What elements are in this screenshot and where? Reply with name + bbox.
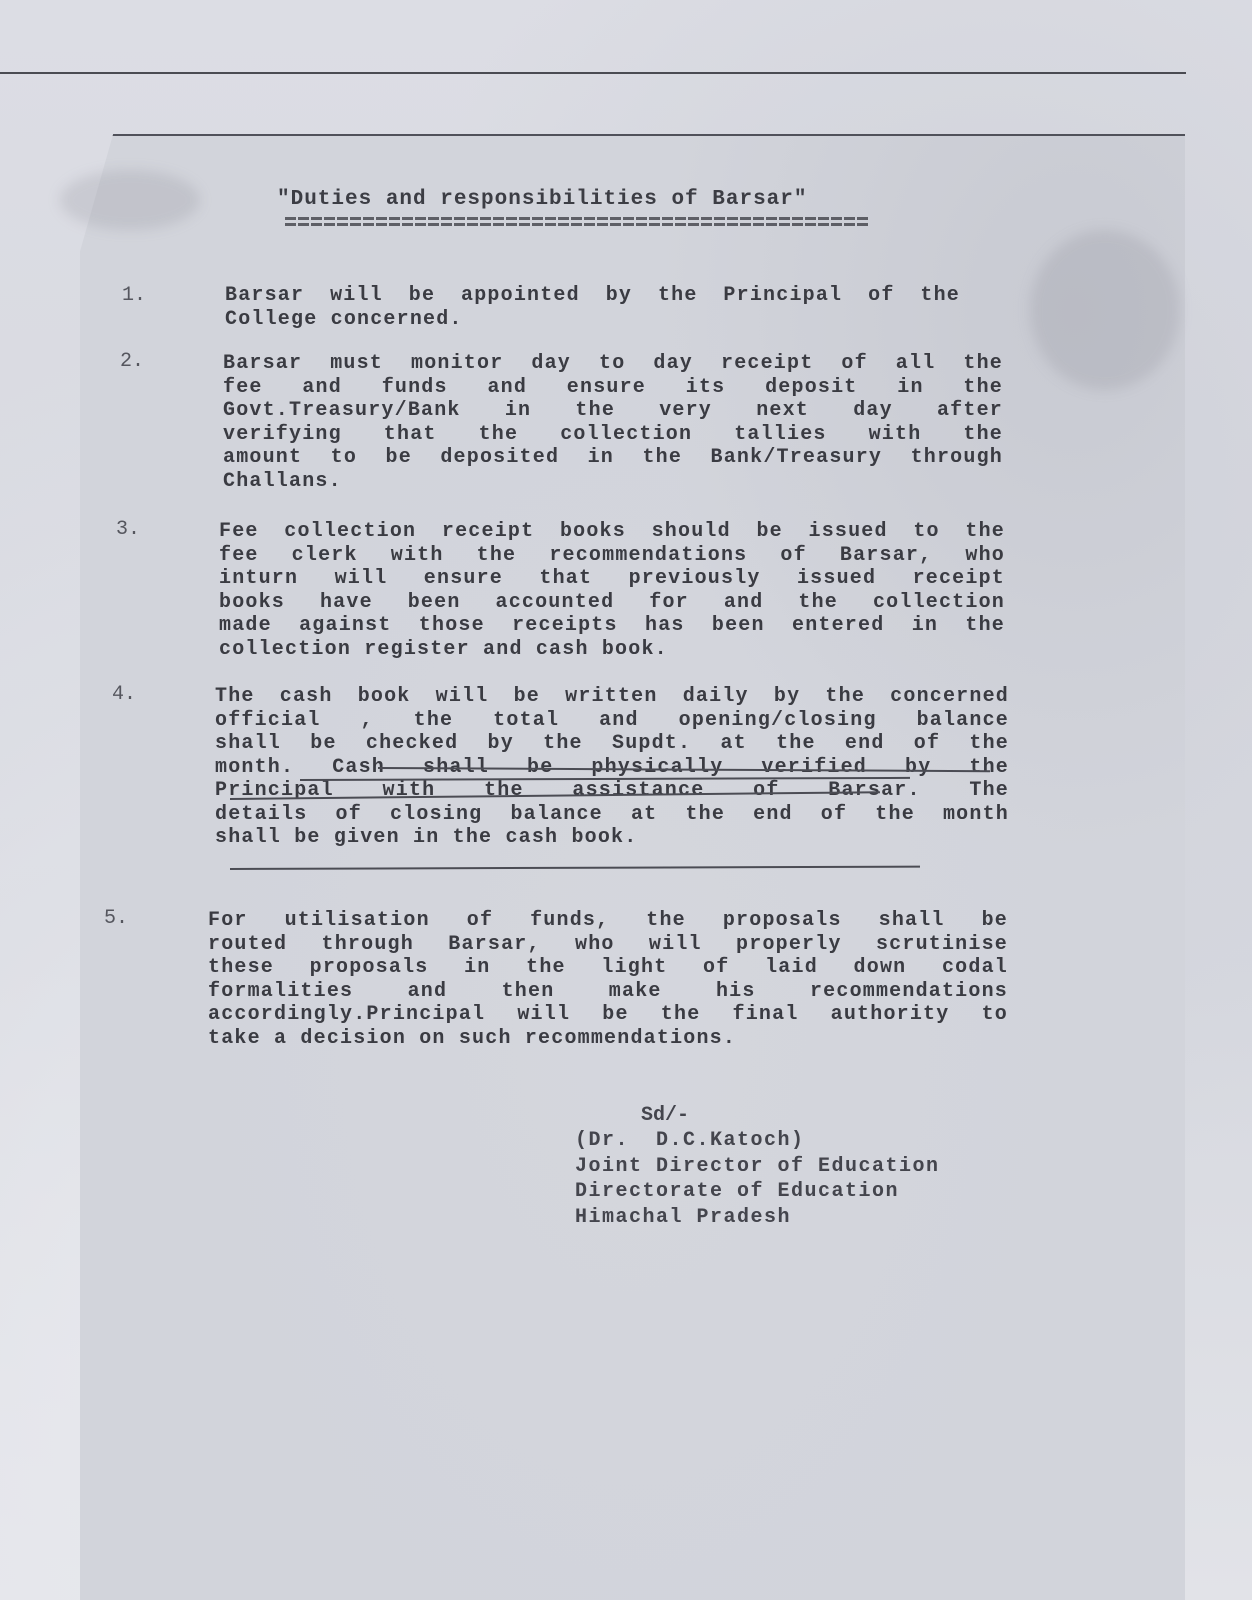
item-text: Barsar must monitor day to day receipt o… [223, 352, 1003, 493]
item-line: accordingly.Principal will be the final … [208, 1003, 1008, 1027]
paper-smudge [60, 170, 200, 230]
item-line: these proposals in the light of laid dow… [208, 956, 1008, 980]
item-number: 1. [122, 284, 146, 308]
item-line: shall be given in the cash book. [215, 826, 1009, 850]
item-line: Fee collection receipt books should be i… [219, 520, 1005, 544]
item-text: For utilisation of funds, the proposals … [208, 909, 1008, 1050]
item-line: books have been accounted for and the co… [219, 591, 1005, 615]
item-line: Govt.Treasury/Bank in the very next day … [223, 399, 1003, 423]
document-title: "Duties and responsibilities of Barsar" [277, 188, 807, 211]
item-line: College concerned. [225, 308, 960, 332]
item-line: inturn will ensure that previously issue… [219, 567, 1005, 591]
item-line: details of closing balance at the end of… [215, 803, 1009, 827]
signatory-name: (Dr. D.C.Katoch) [575, 1129, 805, 1152]
item-number: 4. [112, 683, 136, 707]
signatory-office: Directorate of Education [575, 1180, 899, 1203]
item-line: made against those receipts has been ent… [219, 614, 1005, 638]
scanner-edge-rule [0, 72, 1186, 74]
signature-sd: Sd/- [641, 1104, 689, 1127]
item-number: 5. [104, 907, 128, 931]
item-line: Barsar will be appointed by the Principa… [225, 284, 960, 308]
item-line: take a decision on such recommendations. [208, 1027, 1008, 1051]
item-number: 3. [116, 518, 140, 542]
item-line: Barsar must monitor day to day receipt o… [223, 352, 1003, 376]
item-line: Principal with the assistance of Barsar.… [215, 779, 1009, 803]
item-line: For utilisation of funds, the proposals … [208, 909, 1008, 933]
item-line: verifying that the collection tallies wi… [223, 423, 1003, 447]
signature-block: (Dr. D.C.Katoch) Joint Director of Educa… [575, 1128, 940, 1230]
item-line: amount to be deposited in the Bank/Treas… [223, 446, 1003, 470]
title-double-underline [285, 217, 869, 227]
item-line: The cash book will be written daily by t… [215, 685, 1009, 709]
item-number: 2. [120, 350, 144, 374]
item-text: Fee collection receipt books should be i… [219, 520, 1005, 661]
item-text: Barsar will be appointed by the Principa… [225, 284, 960, 331]
paper-crease-smudge [1030, 230, 1180, 390]
signatory-state: Himachal Pradesh [575, 1206, 791, 1229]
signatory-designation: Joint Director of Education [575, 1155, 940, 1178]
item-line: fee and funds and ensure its deposit in … [223, 376, 1003, 400]
item-line: routed through Barsar, who will properly… [208, 933, 1008, 957]
item-line: fee clerk with the recommendations of Ba… [219, 544, 1005, 568]
item-line: Challans. [223, 470, 1003, 494]
item-line: collection register and cash book. [219, 638, 1005, 662]
item-line: formalities and then make his recommenda… [208, 980, 1008, 1004]
item-line: shall be checked by the Supdt. at the en… [215, 732, 1009, 756]
item-line: official , the total and opening/closing… [215, 709, 1009, 733]
